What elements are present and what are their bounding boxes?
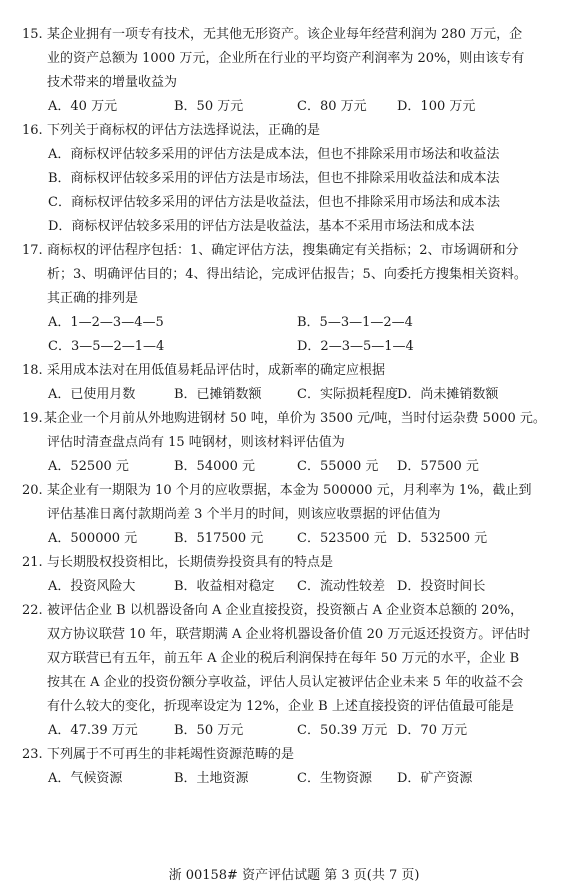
question-number: 21. xyxy=(22,555,43,571)
option-a: A．1—2—3—4—5 xyxy=(48,315,164,331)
question-number: 16. xyxy=(22,123,43,139)
question-number: 15. xyxy=(22,27,43,43)
option-d: D．2—3—5—1—4 xyxy=(297,339,414,355)
option-b: B．收益相对稳定 xyxy=(174,579,275,595)
option-b: B．已摊销数额 xyxy=(174,387,262,403)
question-text-line: 业的资产总额为 1000 万元，企业所在行业的平均资产利润率为 20%，则由该专… xyxy=(47,51,524,67)
question-text-line: 下列属于不可再生的非耗竭性资源范畴的是 xyxy=(47,747,294,763)
option-c: C．流动性较差 xyxy=(297,579,385,595)
question-text-line: 采用成本法对在用低值易耗品评估时，成新率的确定应根据 xyxy=(47,363,385,379)
question-number: 23. xyxy=(22,747,43,763)
option-d: D．100 万元 xyxy=(397,99,475,115)
question-text-line: 某企业拥有一项专有技术，无其他无形资产。该企业每年经营利润为 280 万元，企 xyxy=(47,27,522,43)
question-number: 20. xyxy=(22,483,43,499)
option-b: B．50 万元 xyxy=(174,99,243,115)
exam-page: 15. 某企业拥有一项专有技术，无其他无形资产。该企业每年经营利润为 280 万… xyxy=(0,0,588,890)
option-c: C．3—5—2—1—4 xyxy=(48,339,164,355)
question-number: 17. xyxy=(22,243,43,259)
option-c: C．523500 元 xyxy=(297,531,387,547)
option-a: A．52500 元 xyxy=(48,459,129,475)
option-d: D．商标权评估较多采用的评估方法是收益法，基本不采用市场法和成本法 xyxy=(48,219,474,235)
option-b: B．5—3—1—2—4 xyxy=(297,315,413,331)
option-c: C．生物资源 xyxy=(297,771,372,787)
question-text-line: 双方协议联营 10 年，联营期满 A 企业将机器设备价值 20 万元返还投资方。… xyxy=(47,627,530,643)
option-b: B．商标权评估较多采用的评估方法是市场法，但也不排除采用收益法和成本法 xyxy=(48,171,500,187)
question-text-line: 被评估企业 B 以机器设备向 A 企业直接投资，投资额占 A 企业资本总额的 2… xyxy=(47,603,523,619)
option-b: B．517500 元 xyxy=(174,531,263,547)
question-text-line: 某企业有一期限为 10 个月的应收票据，本金为 500000 元，月利率为 1%… xyxy=(47,483,531,499)
option-a: A．47.39 万元 xyxy=(48,723,138,739)
option-a: A．气候资源 xyxy=(48,771,122,787)
option-d: D．投资时间长 xyxy=(397,579,485,595)
option-a: A．500000 元 xyxy=(48,531,137,547)
option-c: C．55000 元 xyxy=(297,459,378,475)
option-a: A．已使用月数 xyxy=(48,387,135,403)
question-number: 18. xyxy=(22,363,43,379)
question-text-line: 析；3、明确评估目的；4、得出结论，完成评估报告；5、向委托方搜集相关资料。 xyxy=(47,267,527,283)
question-text-line: 商标权的评估程序包括：1、确定评估方法，搜集确定有关指标；2、市场调研和分 xyxy=(47,243,519,259)
option-d: D．70 万元 xyxy=(397,723,467,739)
option-b: B．50 万元 xyxy=(174,723,243,739)
option-a: A．投资风险大 xyxy=(48,579,135,595)
option-d: D．尚未摊销数额 xyxy=(397,387,498,403)
question-text-line: 按其在 A 企业的投资份额分享收益，评估人员认定被评估企业未来 5 年的收益不会 xyxy=(47,675,523,691)
option-c: C．50.39 万元 xyxy=(297,723,387,739)
option-b: B．土地资源 xyxy=(174,771,249,787)
question-text-line: 下列关于商标权的评估方法选择说法，正确的是 xyxy=(47,123,320,139)
question-text-line: 评估基准日离付款期尚差 3 个半月的时间，则该应收票据的评估值为 xyxy=(47,507,441,523)
question-text-line: 评估时清查盘点尚有 15 吨钢材，则该材料评估值为 xyxy=(47,435,345,451)
option-d: D．532500 元 xyxy=(397,531,487,547)
option-c: C．实际损耗程度 xyxy=(297,387,398,403)
question-text-line: 技术带来的增量收益为 xyxy=(47,75,177,91)
option-c: C．80 万元 xyxy=(297,99,367,115)
question-text-line: 双方联营已有五年，前五年 A 企业的税后利润保持在每年 50 万元的水平，企业 … xyxy=(47,651,519,667)
question-number: 22. xyxy=(22,603,43,619)
option-b: B．54000 元 xyxy=(174,459,255,475)
question-number: 19. xyxy=(22,411,43,427)
question-text-line: 某企业一个月前从外地购进钢材 50 吨，单价为 3500 元/吨，当时付运杂费 … xyxy=(44,411,546,427)
question-text-line: 与长期股权投资相比，长期债券投资具有的特点是 xyxy=(47,555,333,571)
option-c: C．商标权评估较多采用的评估方法是收益法，但也不排除采用市场法和成本法 xyxy=(48,195,500,211)
question-text-line: 其正确的排列是 xyxy=(47,291,138,307)
option-d: D．57500 元 xyxy=(397,459,479,475)
question-text-line: 有什么较大的变化，折现率设定为 12%，企业 B 上述直接投资的评估值最可能是 xyxy=(47,699,514,715)
option-d: D．矿产资源 xyxy=(397,771,472,787)
option-a: A．40 万元 xyxy=(48,99,117,115)
option-a: A．商标权评估较多采用的评估方法是成本法，但也不排除采用市场法和收益法 xyxy=(48,147,499,163)
page-footer: 浙 00158# 资产评估试题 第 3 页(共 7 页) xyxy=(0,868,588,884)
